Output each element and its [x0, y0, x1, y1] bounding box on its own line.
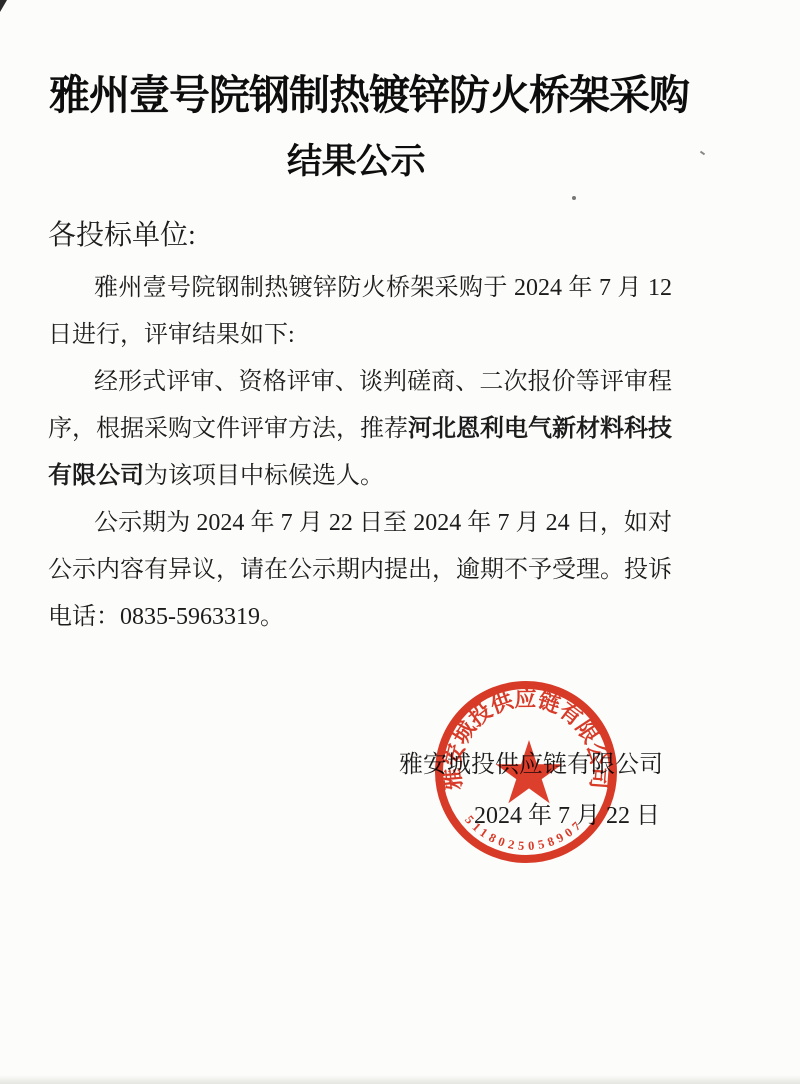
body-line: 公示期为 2024 年 7 月 22 日至 2024 年 7 月 24 日，如对 [48, 500, 672, 547]
document-page: 雅州壹号院钢制热镀锌防火桥架采购 结果公示 各投标单位:雅州壹号院钢制热镀锌防火… [0, 0, 800, 1084]
body-line: 电话：0835-5963319。 [48, 594, 672, 641]
body-line: 经形式评审、资格评审、谈判磋商、二次报价等评审程 [48, 359, 672, 406]
star-icon [496, 740, 563, 803]
scan-edge-shadow [0, 1075, 800, 1084]
body-line: 序，根据采购文件评审方法，推荐河北恩利电气新材料科技 [48, 406, 672, 453]
body-text-segment: 经形式评审、资格评审、谈判磋商、二次报价等评审程 [94, 369, 672, 395]
body-text-segment: 公示内容有异议，请在公示期内提出，逾期不予受理。投诉 [48, 557, 672, 583]
winner-company-bold-text: 有限公司 [48, 463, 144, 489]
body-line: 日进行，评审结果如下: [48, 312, 672, 359]
winner-company-bold-text: 河北恩利电气新材料科技 [408, 416, 672, 442]
body-line: 各投标单位: [48, 212, 672, 259]
scan-artifact [0, 0, 7, 12]
body-line: 公示内容有异议，请在公示期内提出，逾期不予受理。投诉 [48, 547, 672, 594]
body-text-segment: 为该项目中标候选人。 [144, 463, 384, 489]
body-line: 雅州壹号院钢制热镀锌防火桥架采购于 2024 年 7 月 12 [48, 265, 672, 312]
body-line: 有限公司为该项目中标候选人。 [48, 453, 672, 500]
body-text-segment: 日进行，评审结果如下: [48, 322, 295, 348]
body-text-segment: 各投标单位: [48, 220, 196, 251]
document-title-line2: 结果公示 [0, 134, 756, 184]
body-text-segment: 序，根据采购文件评审方法，推荐 [48, 416, 408, 442]
document-title-line1: 雅州壹号院钢制热镀锌防火桥架采购 [0, 62, 769, 121]
body-block: 各投标单位:雅州壹号院钢制热镀锌防火桥架采购于 2024 年 7 月 12日进行… [48, 212, 672, 641]
scan-artifact [572, 196, 576, 200]
company-seal: 雅安城投供应链有限公司 5118025058907 [426, 672, 626, 872]
body-text-segment: 公示期为 2024 年 7 月 22 日至 2024 年 7 月 24 日，如对 [94, 510, 672, 536]
body-text-segment: 电话：0835-5963319。 [48, 604, 284, 630]
body-text-segment: 雅州壹号院钢制热镀锌防火桥架采购于 2024 年 7 月 12 [94, 275, 672, 301]
